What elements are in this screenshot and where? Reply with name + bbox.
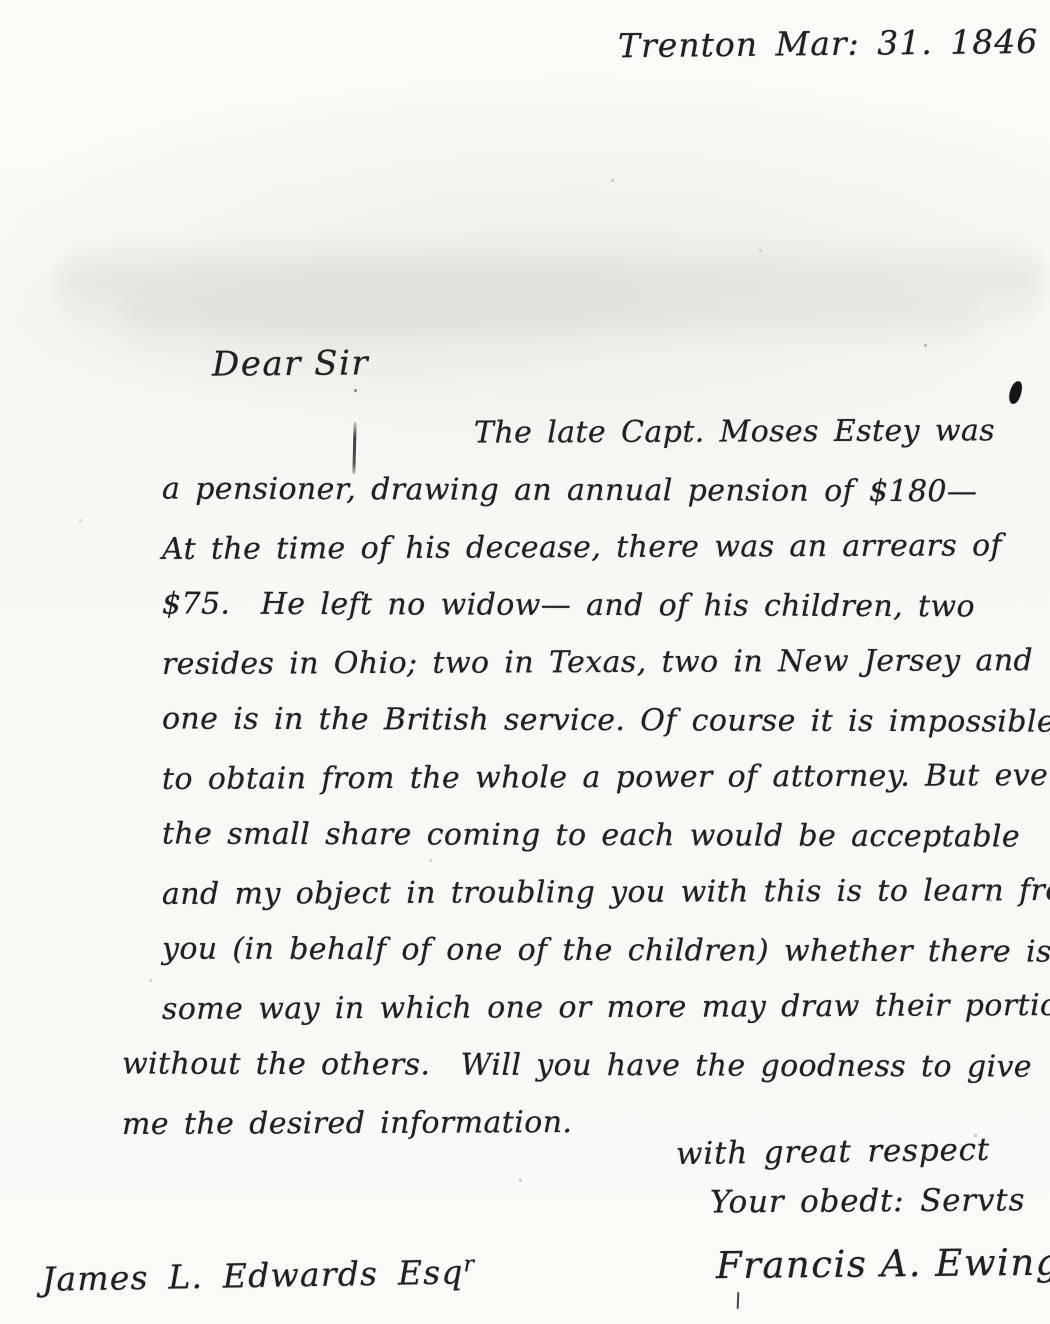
paper-dust-specks [0,0,1,1]
closing-block: with great respect Your obedt: Servts Fr… [676,1126,1050,1296]
addressee-line: James L. Edwards Esqr [42,1252,476,1299]
letter-line: you (in behalf of one of the children) w… [162,920,1042,981]
letter-line: At the time of his decease, there was an… [162,517,1042,578]
signature: Francis A. Ewing [716,1228,1050,1298]
closing-respect-line: with great respect [676,1123,1050,1179]
letter-line: $75. He left no widow— and of his childr… [162,575,1042,636]
letter-page: Trenton Mar: 31. 1846 Dear Sir The late … [0,0,1050,1324]
letter-body: The late Capt. Moses Estey was a pension… [162,404,1042,1152]
letter-line: some way in which one or more may draw t… [162,977,1042,1038]
dateline: Trenton Mar: 31. 1846 [618,22,1039,65]
addressee-name: James L. Edwards [42,1254,379,1299]
signature-name: Francis A. Ewing [716,1240,1050,1287]
letter-line: The late Capt. Moses Estey was [162,402,1042,463]
addressee-title-superscript: r [463,1252,475,1277]
letter-line: without the others. Will you have the go… [122,1035,1042,1096]
stray-bottom-tick [737,1292,740,1309]
letter-line: and my object in troubling you with this… [162,862,1042,923]
closing-servant-line: Your obedt: Servts [710,1175,1050,1228]
salutation: Dear Sir [212,343,369,384]
letter-line: the small share coming to each would be … [162,805,1042,866]
letter-line: resides in Ohio; two in Texas, two in Ne… [162,632,1042,693]
letter-line: one is in the British service. Of course… [162,690,1042,751]
letter-line: to obtain from the whole a power of atto… [162,747,1042,808]
scan-smudge-band-2 [120,300,980,340]
addressee-title: Esq [398,1252,464,1292]
letter-line: a pensioner, drawing an annual pension o… [162,460,1042,521]
